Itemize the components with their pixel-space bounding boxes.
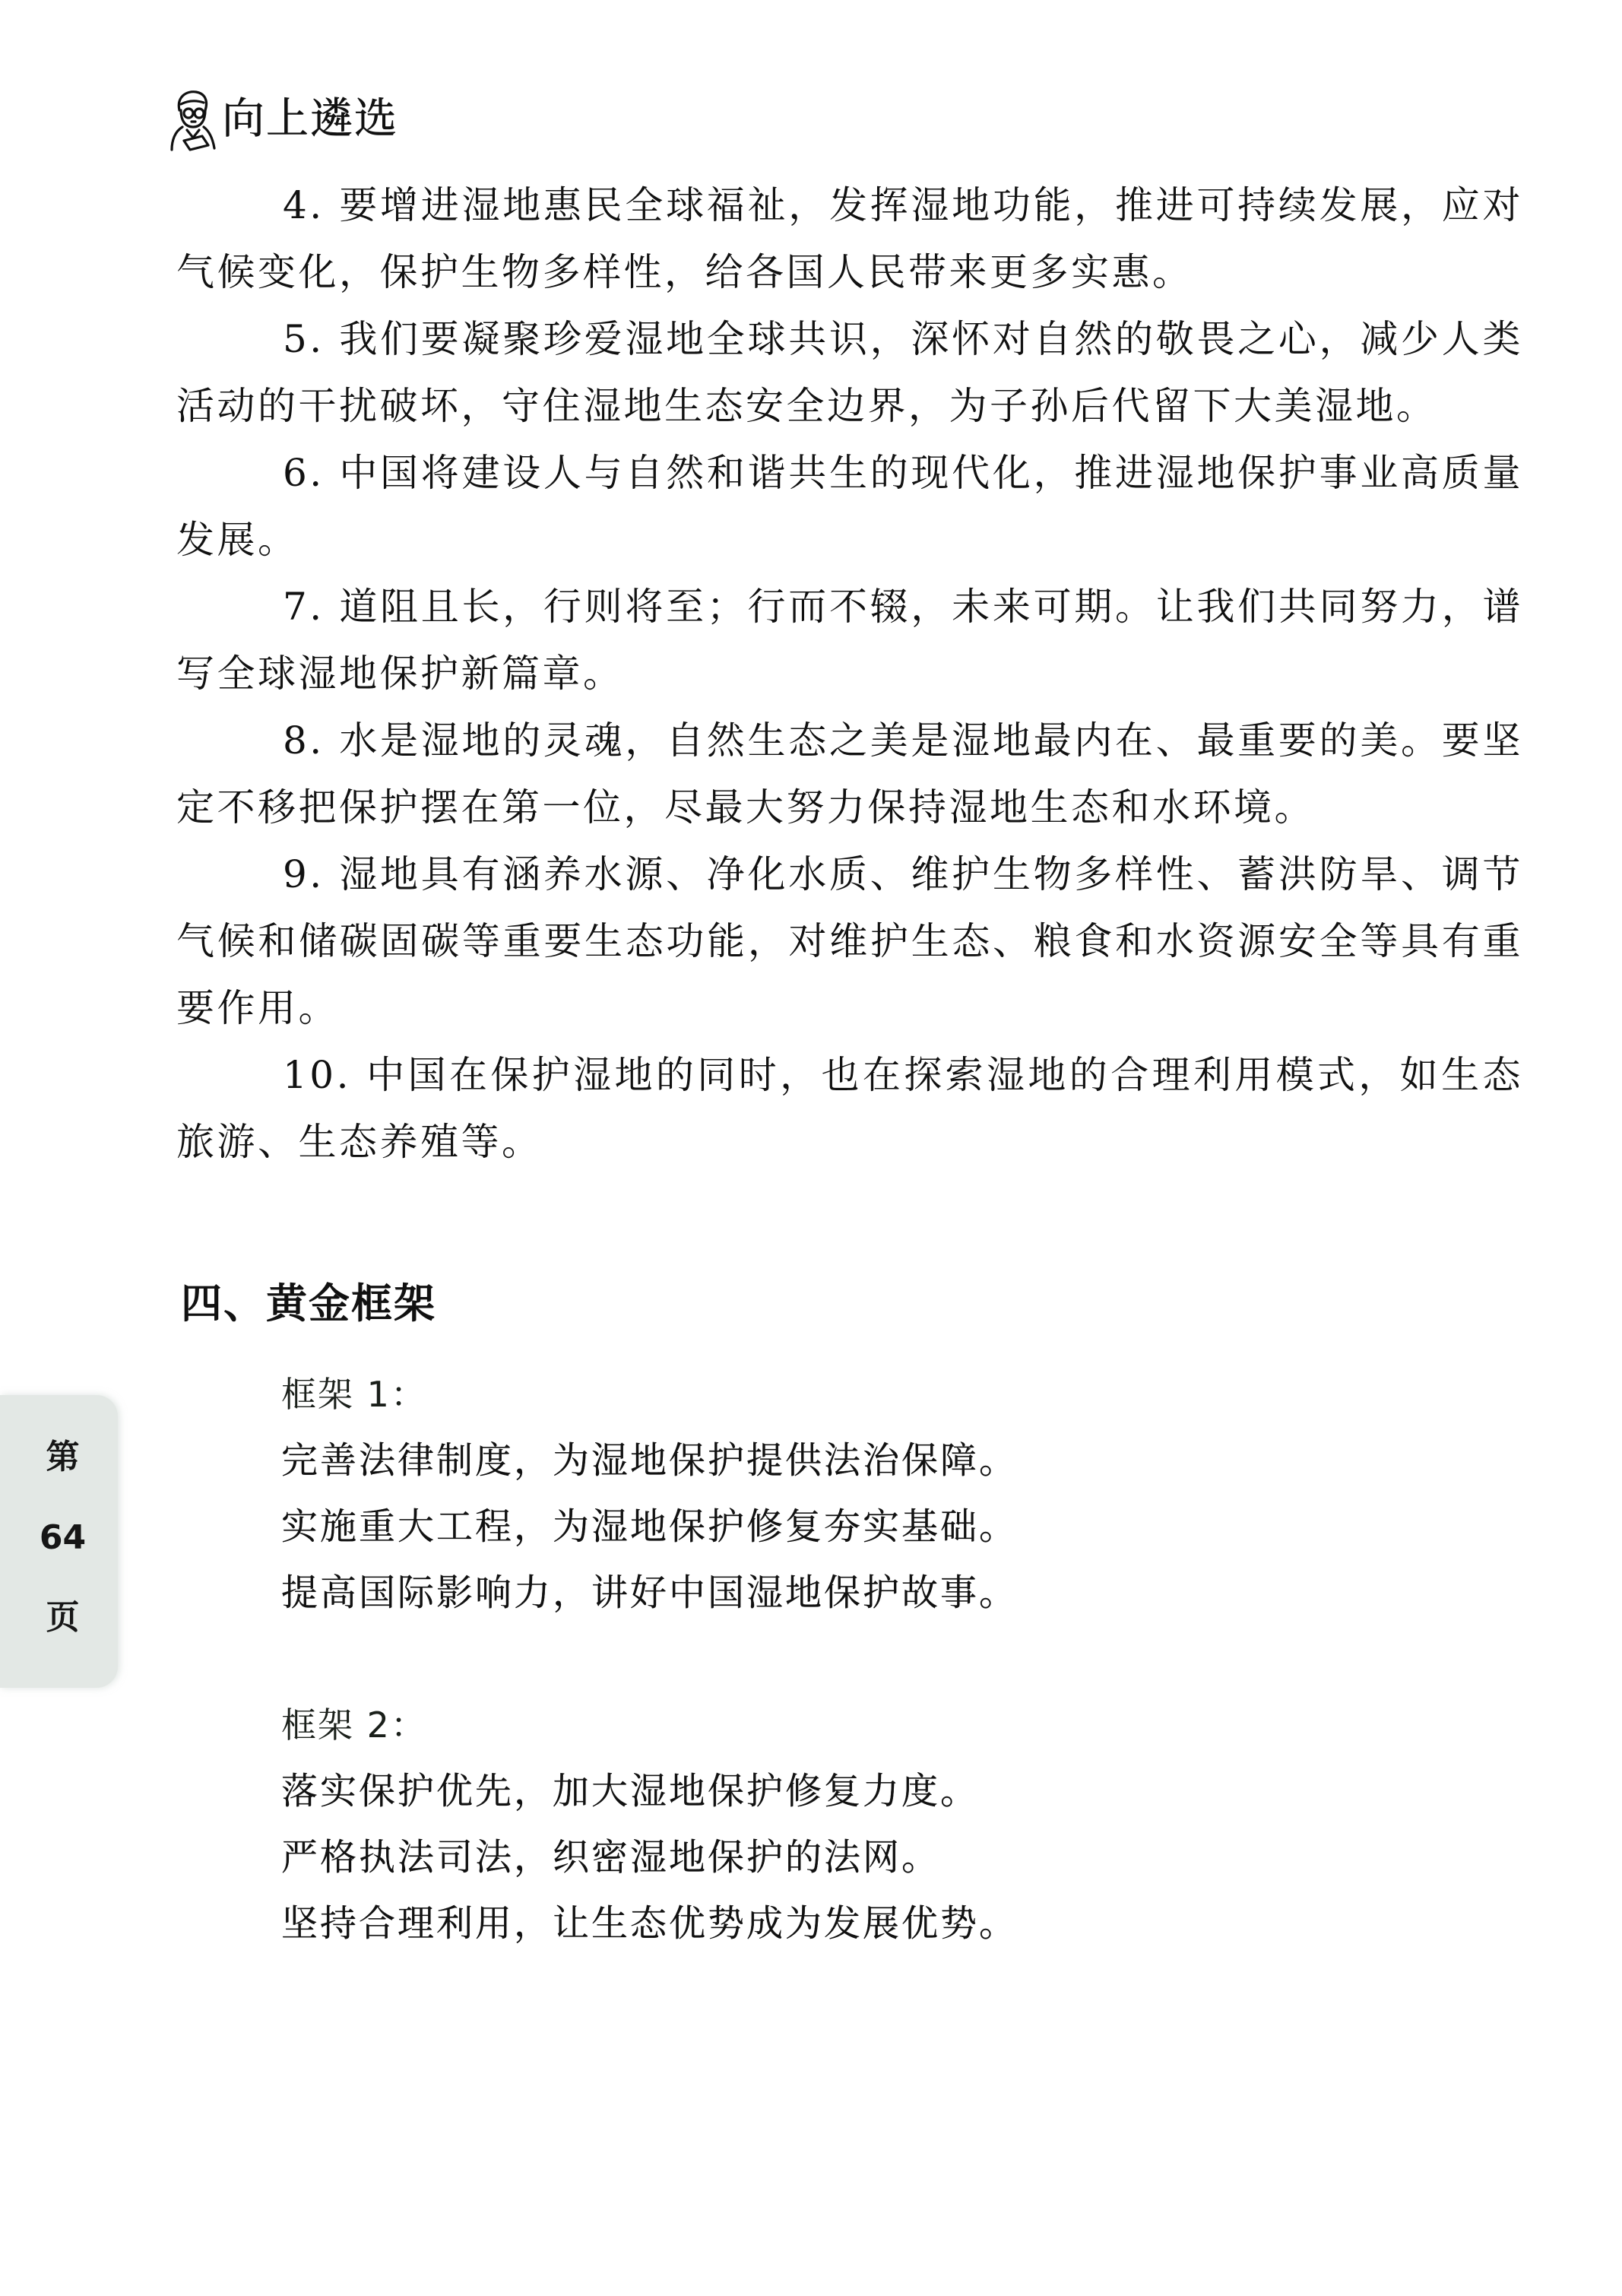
paragraph-7: 7. 道阻且长，行则将至；行而不辍，未来可期。让我们共同努力，谱写全球湿地保护新… — [176, 573, 1523, 707]
scholar-avatar-icon — [169, 87, 217, 151]
framework-label: 框架 1： — [281, 1361, 1018, 1428]
framework-item: 严格执法司法，织密湿地保护的法网。 — [281, 1825, 1018, 1891]
framework-label: 框架 2： — [281, 1692, 1018, 1758]
page-header: 向上遴选 — [169, 85, 398, 154]
framework-1: 框架 1： 完善法律制度，为湿地保护提供法治保障。 实施重大工程，为湿地保护修复… — [281, 1361, 1018, 1626]
section-heading: 四、黄金框架 — [181, 1277, 436, 1330]
page-number-prefix: 第 — [46, 1441, 80, 1474]
framework-item: 实施重大工程，为湿地保护修复夯实基础。 — [281, 1494, 1018, 1560]
paragraph-9: 9. 湿地具有涵养水源、净化水质、维护生物多样性、蓄洪防旱、调节气候和储碳固碳等… — [176, 841, 1523, 1042]
framework-item: 坚持合理利用，让生态优势成为发展优势。 — [281, 1891, 1018, 1957]
framework-item: 提高国际影响力，讲好中国湿地保护故事。 — [281, 1560, 1018, 1626]
paragraph-4: 4. 要增进湿地惠民全球福祉，发挥湿地功能，推进可持续发展，应对气候变化，保护生… — [176, 172, 1523, 306]
page-number-suffix: 页 — [46, 1601, 80, 1635]
page-header-title: 向上遴选 — [222, 98, 398, 141]
framework-item: 完善法律制度，为湿地保护提供法治保障。 — [281, 1428, 1018, 1494]
paragraph-8: 8. 水是湿地的灵魂，自然生态之美是湿地最内在、最重要的美。要坚定不移把保护摆在… — [176, 707, 1523, 841]
page-number-tab: 第 64 页 — [0, 1395, 118, 1688]
numbered-paragraphs: 4. 要增进湿地惠民全球福祉，发挥湿地功能，推进可持续发展，应对气候变化，保护生… — [176, 172, 1523, 1175]
paragraph-10: 10. 中国在保护湿地的同时，也在探索湿地的合理利用模式，如生态旅游、生态养殖等… — [176, 1042, 1523, 1175]
paragraph-6: 6. 中国将建设人与自然和谐共生的现代化，推进湿地保护事业高质量发展。 — [176, 439, 1523, 573]
page-number: 64 — [40, 1521, 86, 1555]
framework-item: 落实保护优先，加大湿地保护修复力度。 — [281, 1758, 1018, 1825]
framework-2: 框架 2： 落实保护优先，加大湿地保护修复力度。 严格执法司法，织密湿地保护的法… — [281, 1692, 1018, 1957]
paragraph-5: 5. 我们要凝聚珍爱湿地全球共识，深怀对自然的敬畏之心，减少人类活动的干扰破坏，… — [176, 306, 1523, 439]
